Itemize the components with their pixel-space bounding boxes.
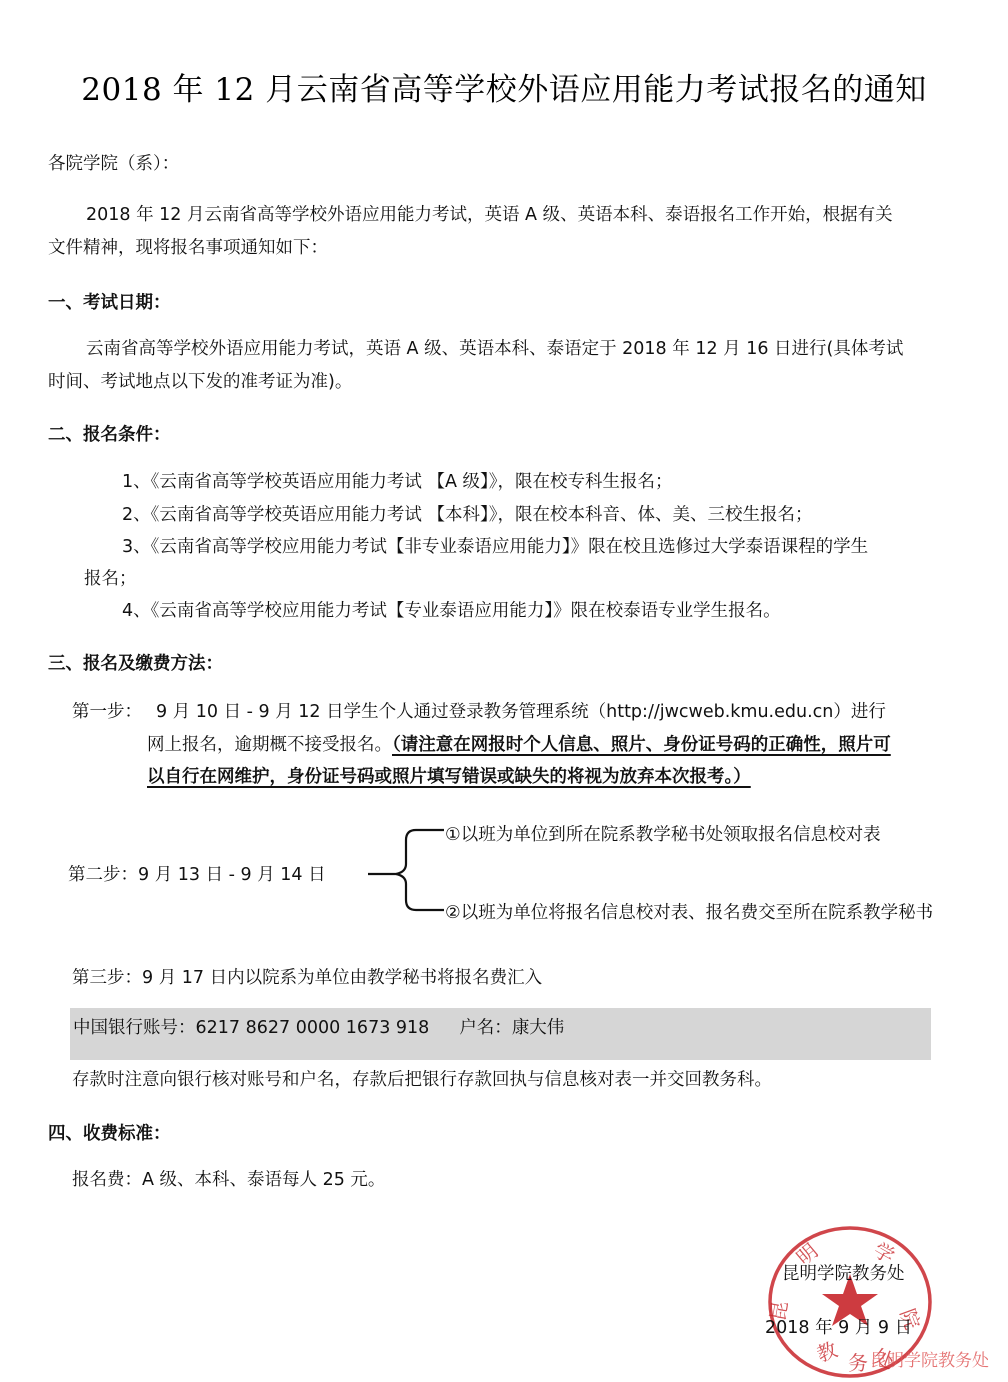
watermark: 昆明学院教务处 (870, 1346, 989, 1371)
section3-heading: 三、报名及缴费方法： (48, 650, 223, 675)
section1-heading: 一、考试日期： (48, 289, 171, 314)
bank-account: 中国银行账号：6217 8627 0000 1673 918户名：康大伟 (73, 1016, 564, 1040)
step1-plain-text: 网上报名，逾期概不接受报名。 (147, 735, 392, 755)
step3-label: 第三步：9 月 17 日内以院系为单位由教学秘书将报名费汇入 (72, 966, 542, 990)
bank-account-label: 中国银行账号： (73, 1018, 196, 1038)
section4-heading: 四、收费标准： (48, 1120, 171, 1145)
condition-2: 2、《云南省高等学校英语应用能力考试 【本科】》，限在校本科音、体、美、三校生报… (122, 503, 812, 527)
condition-3-cont: 报名； (84, 567, 137, 591)
step1-warning-text: （请注意在网报时个人信息、照片、身份证号码的正确性，照片可 (392, 735, 891, 755)
fee-line: 报名费：A 级、本科、泰语每人 25 元。 (72, 1168, 385, 1192)
section1-line-2: 时间、考试地点以下发的准考证为准)。 (48, 370, 352, 394)
account-name-label: 户名： (459, 1018, 512, 1038)
intro-line-2: 文件精神，现将报名事项通知如下： (48, 236, 328, 260)
step2-label: 第二步：9 月 13 日 - 9 月 14 日 (68, 863, 326, 887)
step1-line-1: 9 月 10 日 - 9 月 12 日学生个人通过登录教务管理系统（http:/… (156, 700, 886, 724)
condition-4: 4、《云南省高等学校应用能力考试【专业泰语应用能力】》限在校泰语专业学生报名。 (122, 599, 781, 623)
intro-line-1: 2018 年 12 月云南省高等学校外语应用能力考试，英语 A 级、英语本科、泰… (86, 203, 893, 227)
svg-text:务: 务 (848, 1351, 868, 1375)
step2-branch-1: ①以班为单位到所在院系教学秘书处领取报名信息校对表 (445, 823, 881, 847)
svg-text:教: 教 (814, 1337, 841, 1366)
step1-warning-text-cont: 以自行在网维护，身份证号码或照片填写错误或缺失的将视为放弃本次报考。） (147, 765, 751, 789)
section2-heading: 二、报名条件： (48, 421, 171, 446)
document-title: 2018 年 12 月云南省高等学校外语应用能力考试报名的通知 (0, 64, 1008, 109)
account-name: 康大伟 (512, 1018, 565, 1038)
condition-1: 1、《云南省高等学校英语应用能力考试 【A 级】》，限在校专科生报名； (122, 470, 672, 494)
step1-line-2: 网上报名，逾期概不接受报名。（请注意在网报时个人信息、照片、身份证号码的正确性，… (147, 733, 891, 757)
section1-line-1: 云南省高等学校外语应用能力考试，英语 A 级、英语本科、泰语定于 2018 年 … (86, 337, 903, 361)
step1-label: 第一步： (72, 700, 142, 724)
curly-brace-icon (360, 820, 450, 920)
bank-account-number: 6217 8627 0000 1673 918 (196, 1018, 430, 1038)
condition-3: 3、《云南省高等学校应用能力考试【非专业泰语应用能力】》限在校且选修过大学泰语课… (122, 535, 868, 559)
salutation: 各院学院（系）： (48, 152, 179, 176)
signature-office: 昆明学院教务处 (782, 1262, 905, 1286)
step2-branch-2: ②以班为单位将报名信息校对表、报名费交至所在院系教学秘书 (445, 901, 933, 925)
deposit-note: 存款时注意向银行核对账号和户名，存款后把银行存款回执与信息核对表一并交回教务科。 (72, 1068, 772, 1092)
signature-date: 2018 年 9 月 9 日 (765, 1316, 912, 1340)
